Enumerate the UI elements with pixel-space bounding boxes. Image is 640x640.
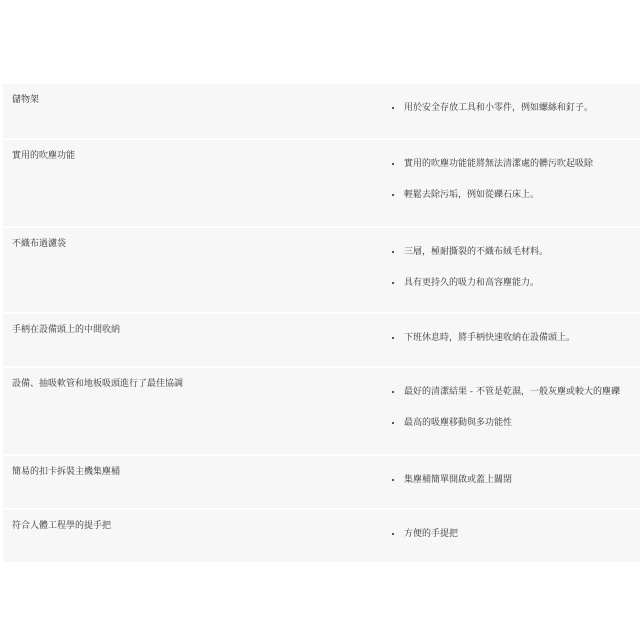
detail-text: 集塵桶簡單開啟或蓋上關閉 [404, 475, 512, 485]
bullet-icon [392, 533, 394, 535]
feature-name: 不織布過濾袋 [3, 228, 383, 312]
feature-detail-item: 實用的吹塵功能能將無法清潔處的髒污吹起吸除 [383, 157, 640, 171]
spec-table: 儲物架 用於安全存放工具和小零件，例如螺絲和釘子。 實用的吹塵功能 實用的吹塵功… [3, 84, 640, 564]
detail-text: 下班休息時，將手柄快速收納在設備頭上。 [404, 333, 575, 343]
detail-text: 用於安全存放工具和小零件，例如螺絲和釘子。 [404, 103, 593, 113]
spec-row: 簡易的扣卡拆裝主機集塵桶 集塵桶簡單開啟或蓋上關閉 [3, 456, 640, 510]
feature-details: 用於安全存放工具和小零件，例如螺絲和釘子。 [383, 84, 640, 138]
feature-name: 簡易的扣卡拆裝主機集塵桶 [3, 456, 383, 508]
feature-detail-item: 最高的吸塵移動與多功能性 [383, 416, 640, 430]
feature-name: 設備、抽吸軟管和地板吸頭進行了最佳協調 [3, 368, 383, 454]
detail-text: 輕鬆去除污垢，例如從礫石床上。 [404, 190, 539, 200]
detail-text: 實用的吹塵功能能將無法清潔處的髒污吹起吸除 [404, 159, 593, 169]
feature-detail-item: 輕鬆去除污垢，例如從礫石床上。 [383, 188, 640, 202]
spec-row: 符合人體工程學的提手把 方便的手提把 [3, 510, 640, 564]
feature-name: 手柄在設備頭上的中間收納 [3, 314, 383, 366]
spec-row: 設備、抽吸軟管和地板吸頭進行了最佳協調 最好的清潔結果 - 不管是乾濕，一般灰塵… [3, 368, 640, 456]
bullet-icon [392, 163, 394, 165]
bullet-icon [392, 422, 394, 424]
feature-details: 下班休息時，將手柄快速收納在設備頭上。 [383, 314, 640, 366]
feature-details: 方便的手提把 [383, 510, 640, 562]
bullet-icon [392, 194, 394, 196]
feature-name: 儲物架 [3, 84, 383, 138]
feature-detail-item: 下班休息時，將手柄快速收納在設備頭上。 [383, 331, 640, 345]
feature-details: 三層，極耐撕裂的不織布絨毛材料。 具有更持久的吸力和高容塵能力。 [383, 228, 640, 312]
bullet-icon [392, 391, 394, 393]
feature-detail-item: 用於安全存放工具和小零件，例如螺絲和釘子。 [383, 101, 640, 115]
bullet-icon [392, 479, 394, 481]
spec-row: 實用的吹塵功能 實用的吹塵功能能將無法清潔處的髒污吹起吸除 輕鬆去除污垢，例如從… [3, 140, 640, 228]
feature-details: 最好的清潔結果 - 不管是乾濕，一般灰塵或較大的塵礫 最高的吸塵移動與多功能性 [383, 368, 640, 454]
bullet-icon [392, 251, 394, 253]
feature-detail-item: 具有更持久的吸力和高容塵能力。 [383, 276, 640, 290]
bullet-icon [392, 337, 394, 339]
feature-detail-item: 三層，極耐撕裂的不織布絨毛材料。 [383, 245, 640, 259]
detail-text: 最好的清潔結果 - 不管是乾濕，一般灰塵或較大的塵礫 [404, 387, 620, 397]
bullet-icon [392, 282, 394, 284]
spec-row: 不織布過濾袋 三層，極耐撕裂的不織布絨毛材料。 具有更持久的吸力和高容塵能力。 [3, 228, 640, 314]
detail-text: 具有更持久的吸力和高容塵能力。 [404, 278, 539, 288]
feature-detail-item: 最好的清潔結果 - 不管是乾濕，一般灰塵或較大的塵礫 [383, 385, 640, 399]
bullet-icon [392, 107, 394, 109]
feature-details: 實用的吹塵功能能將無法清潔處的髒污吹起吸除 輕鬆去除污垢，例如從礫石床上。 [383, 140, 640, 226]
feature-name: 符合人體工程學的提手把 [3, 510, 383, 562]
spec-row: 儲物架 用於安全存放工具和小零件，例如螺絲和釘子。 [3, 84, 640, 140]
feature-details: 集塵桶簡單開啟或蓋上關閉 [383, 456, 640, 508]
feature-name: 實用的吹塵功能 [3, 140, 383, 226]
spec-row: 手柄在設備頭上的中間收納 下班休息時，將手柄快速收納在設備頭上。 [3, 314, 640, 368]
feature-detail-item: 集塵桶簡單開啟或蓋上關閉 [383, 473, 640, 487]
detail-text: 方便的手提把 [404, 529, 458, 539]
detail-text: 最高的吸塵移動與多功能性 [404, 418, 512, 428]
feature-detail-item: 方便的手提把 [383, 527, 640, 541]
detail-text: 三層，極耐撕裂的不織布絨毛材料。 [404, 247, 548, 257]
